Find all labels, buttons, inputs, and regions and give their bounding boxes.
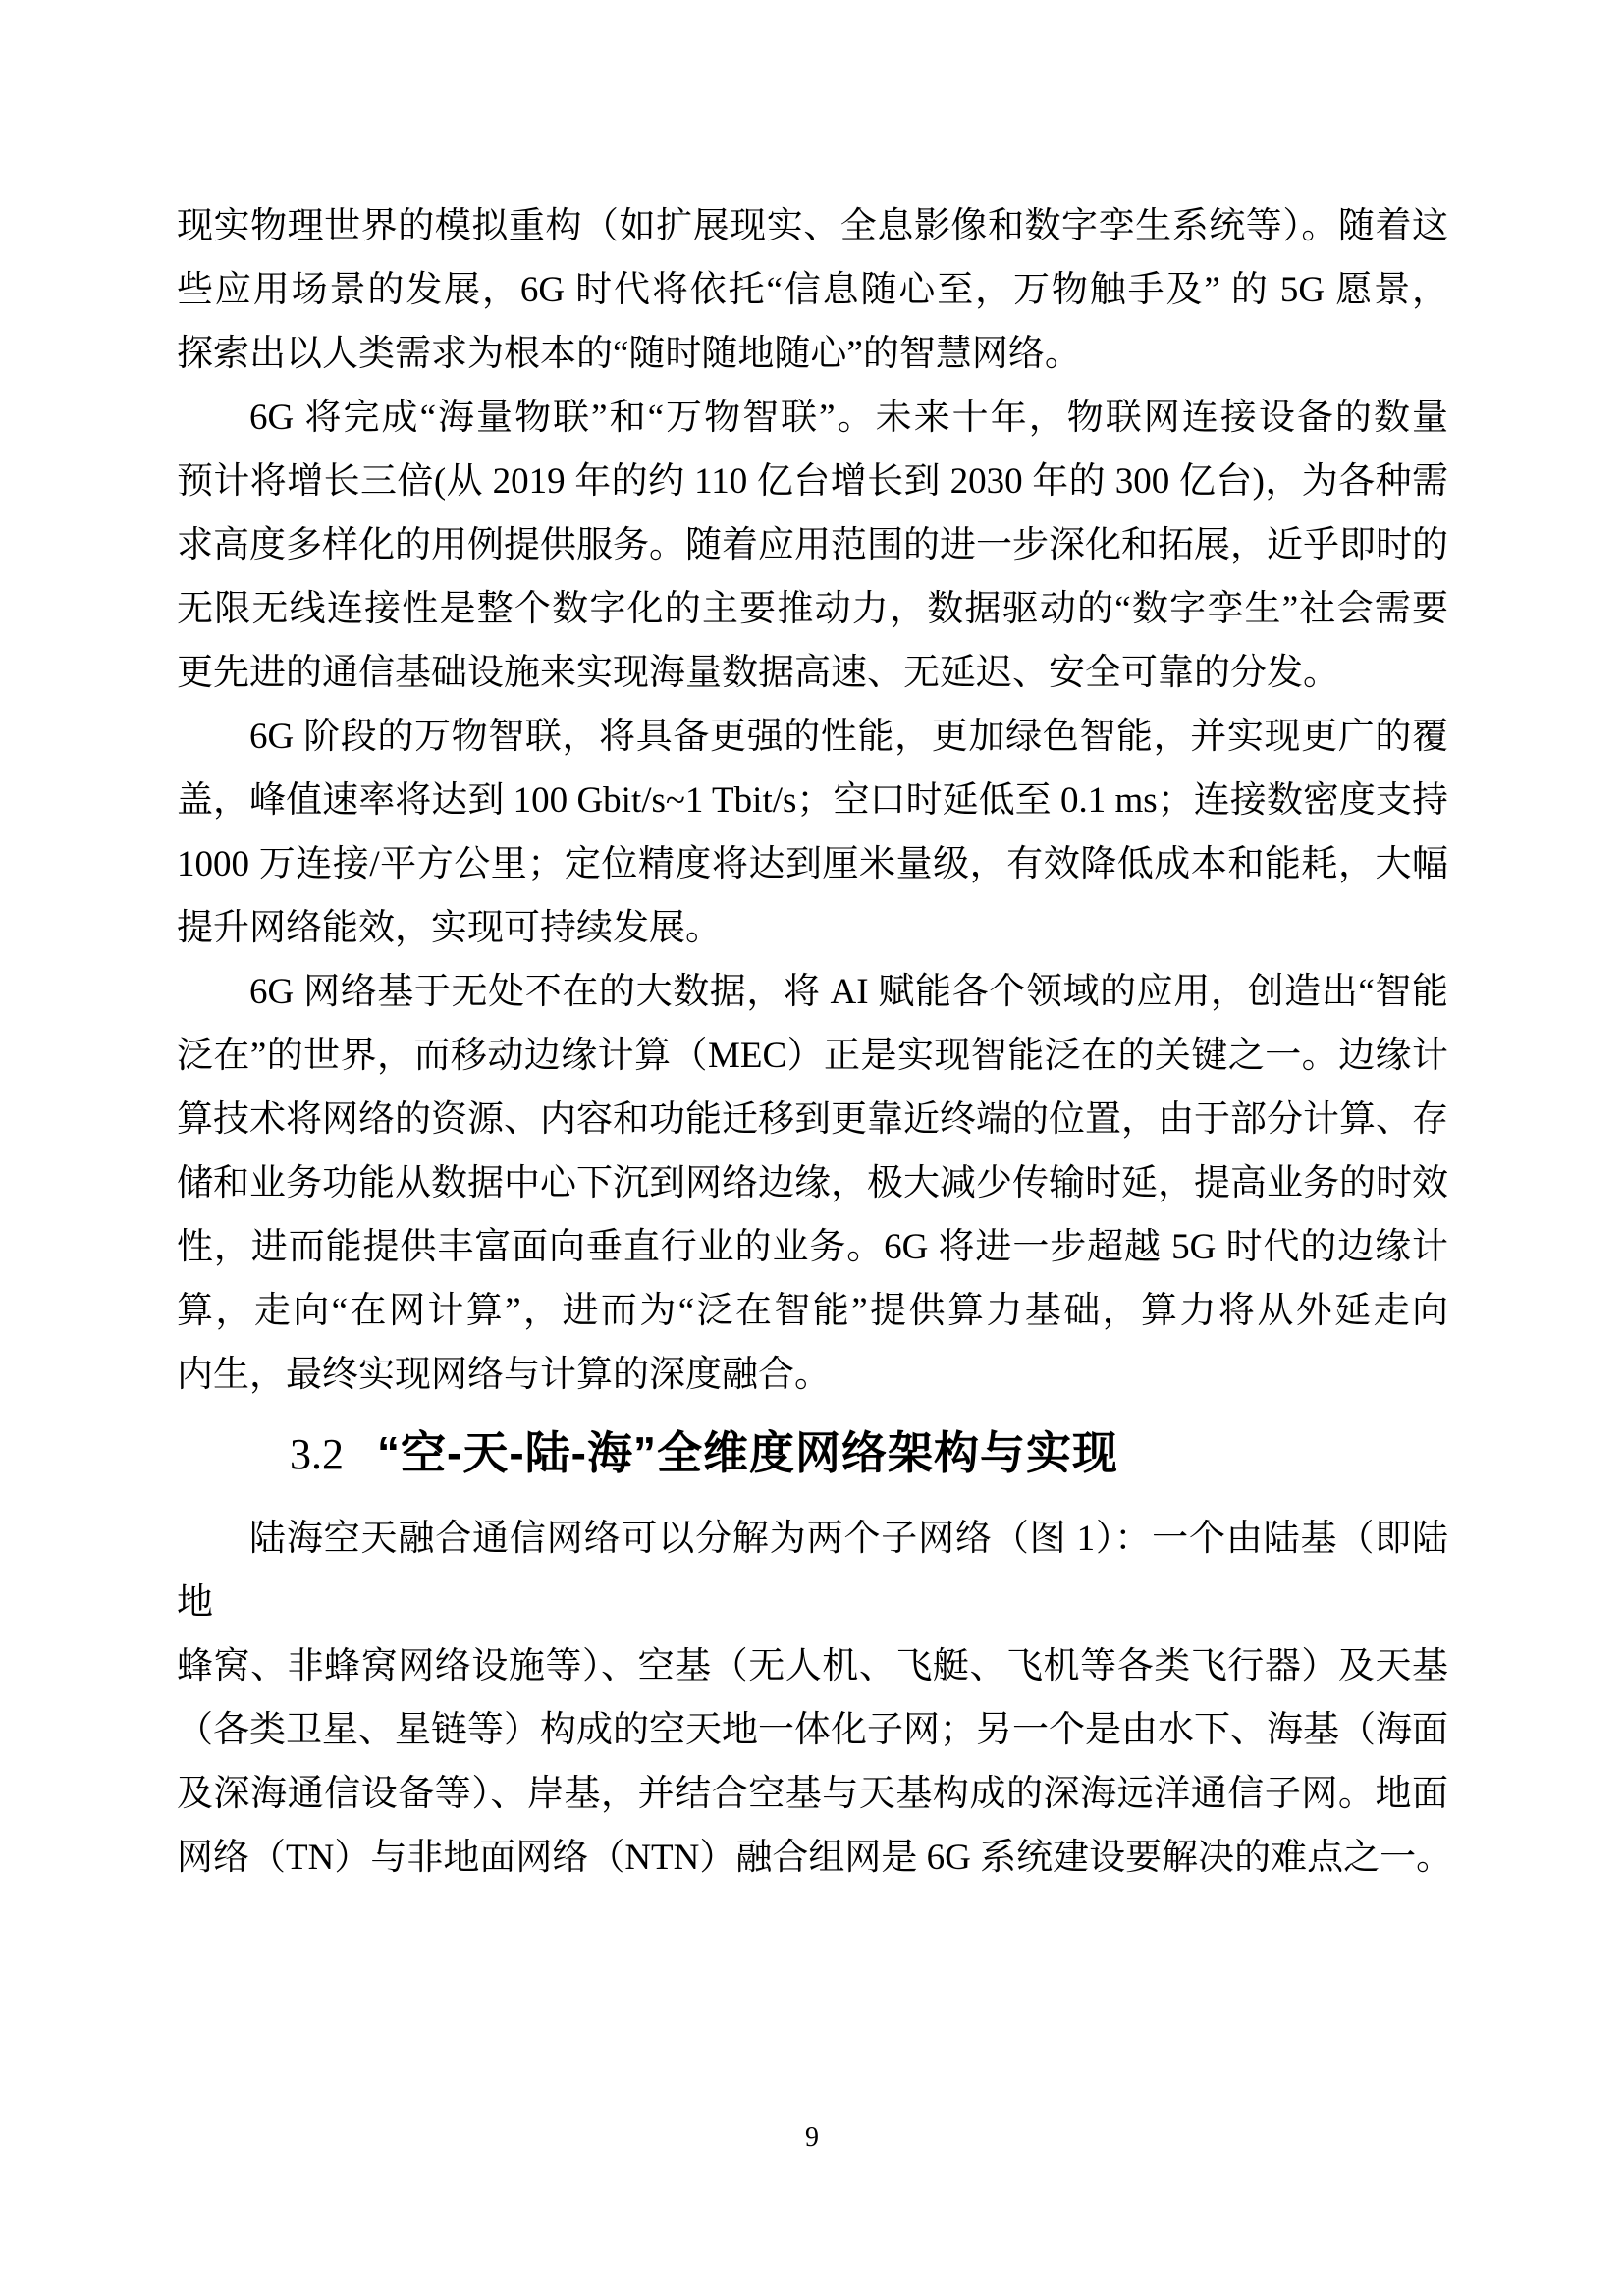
text-line: 无限无线连接性是整个数字化的主要推动力，数据驱动的“数字孪生”社会需要	[177, 577, 1448, 641]
text-line: 算，走向“在网计算”，进而为“泛在智能”提供算力基础，算力将从外延走向	[177, 1279, 1448, 1343]
section-title: “空-天-陆-海”全维度网络架构与实现	[377, 1427, 1118, 1478]
paragraph: 陆海空天融合通信网络可以分解为两个子网络（图 1）：一个由陆基（即陆地蜂窝、非蜂…	[177, 1507, 1448, 1890]
text-line: 更先进的通信基础设施来实现海量数据高速、无延迟、安全可靠的分发。	[177, 641, 1448, 705]
text-line: 内生，最终实现网络与计算的深度融合。	[177, 1343, 1448, 1407]
section-number: 3.2	[290, 1430, 344, 1478]
text-line: 及深海通信设备等）、岸基，并结合空基与天基构成的深海远洋通信子网。地面	[177, 1762, 1448, 1826]
text-line: 探索出以人类需求为根本的“随时随地随心”的智慧网络。	[177, 322, 1448, 386]
text-line: 算技术将网络的资源、内容和功能迁移到更靠近终端的位置，由于部分计算、存	[177, 1088, 1448, 1151]
text-line: 蜂窝、非蜂窝网络设施等）、空基（无人机、飞艇、飞机等各类飞行器）及天基	[177, 1634, 1448, 1698]
text-line: 提升网络能效，实现可持续发展。	[177, 896, 1448, 960]
document-content: 现实物理世界的模拟重构（如扩展现实、全息影像和数字孪生系统等）。随着这些应用场景…	[177, 194, 1448, 1890]
text-line: 预计将增长三倍(从 2019 年的约 110 亿台增长到 2030 年的 300…	[177, 450, 1448, 513]
text-line: 现实物理世界的模拟重构（如扩展现实、全息影像和数字孪生系统等）。随着这	[177, 194, 1448, 258]
text-line: 网络（TN）与非地面网络（NTN）融合组网是 6G 系统建设要解决的难点之一。	[177, 1826, 1448, 1890]
text-line: 泛在”的世界，而移动边缘计算（MEC）正是实现智能泛在的关键之一。边缘计	[177, 1024, 1448, 1088]
section-heading: 3.2“空-天-陆-海”全维度网络架构与实现	[290, 1420, 1448, 1497]
text-line: 6G 阶段的万物智联，将具备更强的性能，更加绿色智能，并实现更广的覆	[177, 705, 1448, 769]
paragraph: 现实物理世界的模拟重构（如扩展现实、全息影像和数字孪生系统等）。随着这些应用场景…	[177, 194, 1448, 386]
text-line: （各类卫星、星链等）构成的空天地一体化子网；另一个是由水下、海基（海面	[177, 1698, 1448, 1762]
text-line: 6G 将完成“海量物联”和“万物智联”。未来十年，物联网连接设备的数量	[177, 386, 1448, 450]
text-line: 些应用场景的发展，6G 时代将依托“信息随心至，万物触手及” 的 5G 愿景，	[177, 258, 1448, 322]
text-line: 陆海空天融合通信网络可以分解为两个子网络（图 1）：一个由陆基（即陆地	[177, 1507, 1448, 1634]
page-number: 9	[805, 2122, 819, 2153]
text-line: 盖，峰值速率将达到 100 Gbit/s~1 Tbit/s；空口时延低至 0.1…	[177, 769, 1448, 832]
text-line: 储和业务功能从数据中心下沉到网络边缘，极大减少传输时延，提高业务的时效	[177, 1151, 1448, 1215]
paragraph: 6G 将完成“海量物联”和“万物智联”。未来十年，物联网连接设备的数量预计将增长…	[177, 386, 1448, 705]
text-line: 性，进而能提供丰富面向垂直行业的业务。6G 将进一步超越 5G 时代的边缘计	[177, 1215, 1448, 1279]
text-line: 6G 网络基于无处不在的大数据，将 AI 赋能各个领域的应用，创造出“智能	[177, 960, 1448, 1024]
text-line: 求高度多样化的用例提供服务。随着应用范围的进一步深化和拓展，近乎即时的	[177, 513, 1448, 577]
document-page: 现实物理世界的模拟重构（如扩展现实、全息影像和数字孪生系统等）。随着这些应用场景…	[0, 0, 1624, 2296]
paragraph: 6G 网络基于无处不在的大数据，将 AI 赋能各个领域的应用，创造出“智能泛在”…	[177, 960, 1448, 1407]
text-line: 1000 万连接/平方公里；定位精度将达到厘米量级，有效降低成本和能耗，大幅	[177, 832, 1448, 896]
page-footer: 9	[0, 2122, 1624, 2154]
paragraph: 6G 阶段的万物智联，将具备更强的性能，更加绿色智能，并实现更广的覆盖，峰值速率…	[177, 705, 1448, 960]
